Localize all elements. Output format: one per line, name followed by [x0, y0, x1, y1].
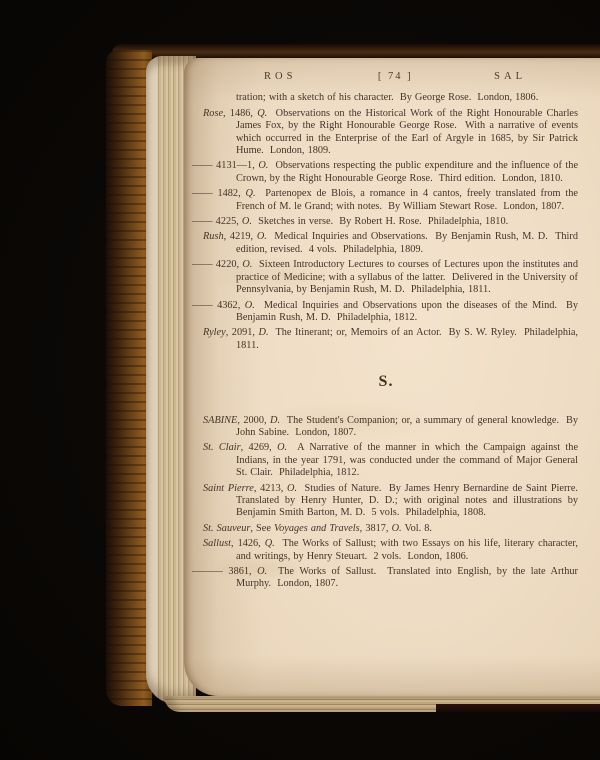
entry-italic-text: O.	[258, 160, 268, 171]
entries-top: tration; with a sketch of his character.…	[194, 92, 578, 352]
entry-text: Partenopex de Blois, a romance in 4 cant…	[236, 188, 581, 211]
entry-text: The Student's Companion; or, a summary o…	[236, 415, 581, 438]
entry-italic-text: O.	[257, 566, 267, 577]
entry-text: —— 1482,	[192, 188, 246, 199]
entry-text: Observations respecting the public expen…	[236, 160, 581, 183]
catalog-entry: St. Sauveur, See Voyages and Travels, 38…	[194, 523, 578, 535]
book: ROS [ 74 ] SAL tration; with a sketch of…	[106, 44, 600, 712]
entry-text: tration; with a sketch of his character.…	[236, 92, 538, 103]
running-head-left: ROS	[264, 71, 296, 83]
entry-italic-text: Ryley	[203, 327, 226, 338]
entry-italic-text: SABINE	[203, 415, 237, 426]
entry-italic-text: St. Clair	[203, 442, 241, 453]
entry-italic-text: Q.	[265, 538, 275, 549]
entry-text: A Narrative of the manner in which the C…	[236, 442, 581, 478]
catalog-entry: SABINE, 2000, D. The Student's Companion…	[194, 415, 578, 440]
catalog-entry: Rose, 1486, Q. Observations on the Histo…	[194, 108, 578, 158]
page-number: [ 74 ]	[378, 71, 413, 83]
catalog-entry: —— 4362, O. Medical Inquiries and Observ…	[194, 300, 578, 325]
entry-italic-text: Q.	[246, 188, 256, 199]
entry-italic-text: O.	[242, 216, 252, 227]
section-heading: S.	[194, 376, 578, 388]
catalog-entry: Ryley, 2091, D. The Itinerant; or, Memoi…	[194, 327, 578, 352]
entry-italic-text: O.	[287, 483, 297, 494]
entry-text: , 2091,	[226, 327, 259, 338]
book-cover-bottom-edge	[436, 704, 600, 712]
book-page: ROS [ 74 ] SAL tration; with a sketch of…	[184, 58, 600, 696]
entry-italic-text: O.	[245, 300, 255, 311]
entry-text: Sketches in verse. By Robert H. Rose. Ph…	[252, 216, 508, 227]
entry-text: Vol. 8.	[402, 523, 432, 534]
entry-text: —— 4220,	[192, 259, 242, 270]
entry-text: , 4269,	[241, 442, 277, 453]
entry-text: ——— 3861,	[192, 566, 257, 577]
entry-text: , 4213,	[254, 483, 287, 494]
catalog-entry: tration; with a sketch of his character.…	[194, 92, 578, 104]
entry-text: —— 4362,	[192, 300, 245, 311]
catalog-entry: Saint Pierre, 4213, O. Studies of Nature…	[194, 483, 578, 520]
entry-italic-text: Rush	[203, 231, 224, 242]
entry-text: Sixteen Introductory Lectures to courses…	[236, 259, 581, 295]
catalog-entry: Sallust, 1426, Q. The Works of Sallust; …	[194, 538, 578, 563]
entry-italic-text: Sallust	[203, 538, 231, 549]
entry-italic-text: Q.	[257, 108, 267, 119]
entry-text: Medical Inquiries and Observations. By B…	[236, 231, 581, 254]
catalog-entry: —— 4225, O. Sketches in verse. By Robert…	[194, 216, 578, 228]
entry-italic-text: Rose	[203, 108, 223, 119]
entry-italic-text: Voyages and Travels	[274, 523, 360, 534]
entry-italic-text: D.	[270, 415, 280, 426]
entry-text: Medical Inquiries and Observations upon …	[236, 300, 581, 323]
entry-text: , See	[250, 523, 274, 534]
entry-italic-text: Saint Pierre	[203, 483, 254, 494]
catalog-entry: Rush, 4219, O. Medical Inquiries and Obs…	[194, 231, 578, 256]
entry-text: —— 4131—1,	[192, 160, 258, 171]
entry-text: , 3817,	[360, 523, 392, 534]
entry-italic-text: O.	[277, 442, 287, 453]
entry-italic-text: O.	[392, 523, 402, 534]
entry-italic-text: St. Sauveur	[203, 523, 250, 534]
entry-italic-text: O.	[257, 231, 267, 242]
entry-text: Observations on the Historical Work of t…	[236, 108, 581, 156]
running-head-right: SAL	[494, 71, 526, 83]
page-content: ROS [ 74 ] SAL tration; with a sketch of…	[184, 58, 600, 696]
entry-text: The Itinerant; or, Memoirs of an Actor. …	[236, 327, 581, 350]
entry-italic-text: O.	[242, 259, 252, 270]
entry-text: —— 4225,	[192, 216, 242, 227]
entry-text: , 2000,	[237, 415, 270, 426]
entry-text: , 1486,	[223, 108, 257, 119]
catalog-entry: —— 4220, O. Sixteen Introductory Lecture…	[194, 259, 578, 296]
catalog-entry: St. Clair, 4269, O. A Narrative of the m…	[194, 442, 578, 479]
catalog-entry: ——— 3861, O. The Works of Sallust. Trans…	[194, 566, 578, 591]
entry-text: The Works of Sallust; with two Essays on…	[236, 538, 581, 561]
photo-background: ROS [ 74 ] SAL tration; with a sketch of…	[0, 0, 600, 760]
entry-text: The Works of Sallust. Translated into En…	[236, 566, 581, 589]
running-head: ROS [ 74 ] SAL	[194, 71, 578, 83]
catalog-entry: —— 4131—1, O. Observations respecting th…	[194, 160, 578, 185]
entry-text: , 4219,	[224, 231, 257, 242]
catalog-entry: —— 1482, Q. Partenopex de Blois, a roman…	[194, 188, 578, 213]
entry-italic-text: D.	[259, 327, 269, 338]
entry-text: , 1426,	[231, 538, 265, 549]
entries-bottom: SABINE, 2000, D. The Student's Companion…	[194, 415, 578, 591]
